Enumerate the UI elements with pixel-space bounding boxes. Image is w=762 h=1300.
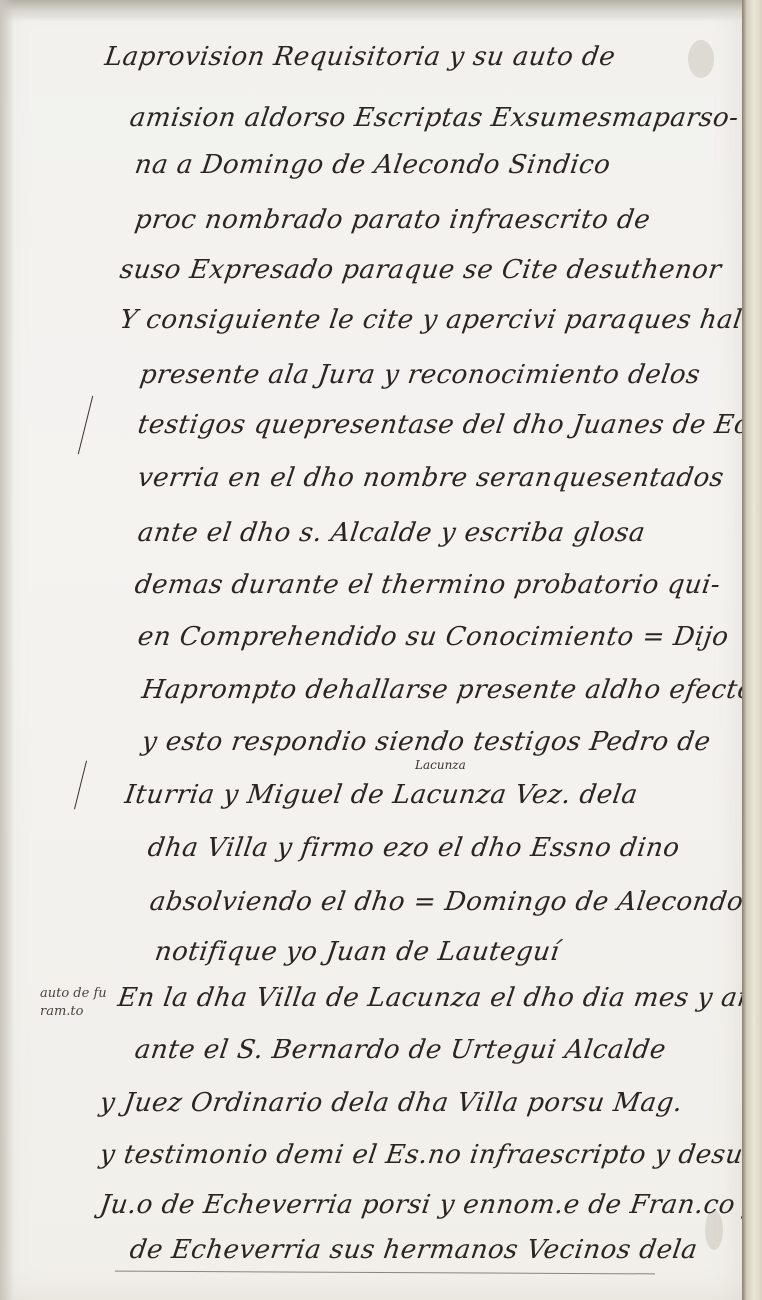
text-line: amision aldorso Escriptas Exsumesmaparso…: [128, 103, 741, 133]
ink-stain: [688, 40, 714, 78]
text-line: Ju.o de Echeverria porsi y ennom.e de Fr…: [98, 1190, 762, 1220]
text-line: absolviendo el dho = Domingo de Alecondo…: [148, 887, 762, 917]
page-top-shadow: [0, 0, 742, 22]
margin-note: auto de fu ram.to: [40, 985, 107, 1021]
text-line: verria en el dho nombre seranquesentados: [136, 463, 726, 493]
text-line: testigos quepresentase del dho Juanes de…: [136, 410, 762, 440]
margin-bracket: [78, 396, 93, 454]
page-left-edge: [0, 0, 14, 1300]
text-line: notifique yo Juan de Lauteguí: [153, 937, 561, 967]
text-line: na a Domingo de Alecondo Sindico: [133, 150, 613, 180]
margin-bracket: [74, 761, 87, 810]
text-line: y esto respondio siendo testigos Pedro d…: [140, 727, 713, 757]
text-line: de Echeverria sus hermanos Vecinos dela: [128, 1235, 700, 1265]
text-line: y testimonio demi el Es.no infraescripto…: [98, 1140, 762, 1170]
text-line: en Comprehendido su Conocimiento = Dijo: [136, 622, 731, 652]
text-line: y Juez Ordinario dela dha Villa porsu Ma…: [98, 1088, 685, 1118]
text-line: demas durante el thermino probatorio qui…: [133, 570, 722, 600]
text-line: suso Expresado paraque se Cite desutheno…: [118, 255, 724, 285]
text-line: presente ala Jura y reconocimiento delos: [138, 360, 702, 390]
closing-rule: [115, 1271, 655, 1275]
text-line: Y consiguiente le cite y apercivi paraqu…: [118, 305, 762, 335]
text-line: proc nombrado parato infraescrito de: [133, 205, 652, 235]
text-line: dha Villa y firmo ezo el dho Essno dino: [146, 833, 682, 863]
text-line: Laprovision Requisitoria y su auto de: [103, 42, 617, 72]
text-line: Haprompto dehallarse presente aldho efec…: [140, 675, 756, 705]
text-line: En la dha Villa de Lacunza el dho dia me…: [116, 983, 762, 1013]
manuscript-page: Laprovision Requisitoria y su auto de am…: [0, 0, 742, 1300]
text-line: ante el dho s. Alcalde y escriba glosa: [136, 518, 647, 548]
interlinear-insertion: Lacunza: [415, 758, 466, 772]
text-line: ante el S. Bernardo de Urtegui Alcalde: [133, 1035, 668, 1065]
text-line: Iturria y Miguel de Lacunza Vez. dela: [123, 780, 640, 810]
book-spine: [742, 0, 762, 1300]
